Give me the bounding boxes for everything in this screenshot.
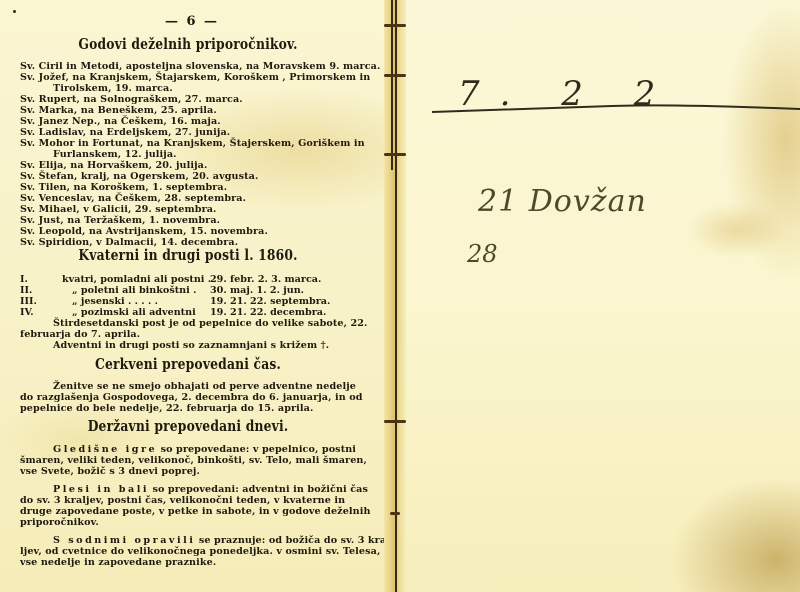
patron-line: Furlanskem, 12. julija. xyxy=(20,149,177,160)
fast-row: II.„ poletni ali binkoštni .30. maj. 1. … xyxy=(20,285,304,296)
fast-note-line: februarja do 7. aprila. xyxy=(20,329,140,340)
binding-stitch xyxy=(390,512,400,515)
binding-stitch xyxy=(384,420,406,423)
heading-fasts: Kvaterni in drugi posti l. 1860. xyxy=(45,247,331,264)
patron-line: Sv. Janez Nep., na Češkem, 16. maja. xyxy=(20,116,221,127)
patron-line: Sv. Just, na Teržaškem, 1. novembra. xyxy=(20,215,220,226)
text-span: so prepovedani: adventni in božični čas xyxy=(149,484,368,495)
fast-description: „ pozimski ali adventni xyxy=(50,307,210,318)
ink-speck xyxy=(13,10,16,13)
patron-line: Sv. Leopold, na Avstrijanskem, 15. novem… xyxy=(20,226,268,237)
fast-note-line: Štirdesetdanski post je od pepelnice do … xyxy=(20,318,368,329)
text-span: so prepovedane: v pepelnico, postni xyxy=(157,444,356,455)
text-line: Gledišne igre so prepovedane: v pepelnic… xyxy=(20,444,356,455)
text-line: do sv. 3 kraljev, postni čas, velikonočn… xyxy=(20,495,345,506)
patron-line: Sv. Mihael, v Galicii, 29. septembra. xyxy=(20,204,216,215)
text-line: druge zapovedane poste, v petke in sabot… xyxy=(20,506,371,517)
binding-thread xyxy=(395,0,397,592)
fast-number: III. xyxy=(20,296,50,307)
book-spread: — 6 — Godovi deželnih priporočnikov. Sv.… xyxy=(0,0,800,592)
fast-number: IV. xyxy=(20,307,50,318)
patron-line: Sv. Venceslav, na Češkem, 28. septembra. xyxy=(20,193,246,204)
text-span: se praznuje: od božiča do sv. 3 kra- xyxy=(195,535,390,546)
text-line: vse nedelje in zapovedane praznike. xyxy=(20,557,216,568)
text-line: priporočnikov. xyxy=(20,517,99,528)
binding-stitch xyxy=(384,153,406,156)
fast-description: „ jesenski . . . . . xyxy=(50,296,210,307)
fast-number: I. xyxy=(20,274,50,285)
binding-stitch xyxy=(384,74,406,77)
lead-term: S sodnimi opravili xyxy=(53,535,195,546)
fast-dates: 29. febr. 2. 3. marca. xyxy=(210,274,321,285)
text-line: Plesi in bali so prepovedani: adventni i… xyxy=(20,484,368,495)
fast-row: III.„ jesenski . . . . .19. 21. 22. sept… xyxy=(20,296,330,307)
patron-line: Sv. Mohor in Fortunat, na Kranjskem, Šta… xyxy=(20,138,365,149)
fast-dates: 19. 21. 22. decembra. xyxy=(210,307,326,318)
patron-line: Sv. Tilen, na Koroškem, 1. septembra. xyxy=(20,182,227,193)
heading-church-forbidden-time: Cerkveni prepovedani čas. xyxy=(45,356,331,373)
text-line: S sodnimi opravili se praznuje: od božič… xyxy=(20,535,390,546)
fast-dates: 19. 21. 22. septembra. xyxy=(210,296,330,307)
binding-stitch xyxy=(384,24,406,27)
page-number: — 6 — xyxy=(0,14,384,29)
fast-description: kvatri, pomladni ali postni . xyxy=(50,274,210,285)
patron-line: Tirolskem, 19. marca. xyxy=(20,83,173,94)
handwritten-name: 21 Dovžan xyxy=(478,184,647,219)
book-binding-gutter xyxy=(384,0,406,592)
text-line: vse Svete, božič s 3 dnevi poprej. xyxy=(20,466,200,477)
fast-number: II. xyxy=(20,285,50,296)
lead-term: Plesi in bali xyxy=(53,484,149,495)
patron-line: Sv. Štefan, kralj, na Ogerskem, 20. avgu… xyxy=(20,171,258,182)
patron-line: Sv. Jožef, na Kranjskem, Štajarskem, Kor… xyxy=(20,72,370,83)
left-page: — 6 — Godovi deželnih priporočnikov. Sv.… xyxy=(0,0,384,592)
fast-row: I.kvatri, pomladni ali postni .29. febr.… xyxy=(20,274,321,285)
patron-line: Sv. Ladislav, na Erdeljskem, 27. junija. xyxy=(20,127,230,138)
handwritten-date: 7. 2 2 xyxy=(458,74,675,114)
heading-patron-saints: Godovi deželnih priporočnikov. xyxy=(45,36,331,53)
handwritten-number: 28 xyxy=(467,240,498,268)
patron-line: Sv. Marka, na Beneškem, 25. aprila. xyxy=(20,105,217,116)
fast-dates: 30. maj. 1. 2. jun. xyxy=(210,285,304,296)
fast-note-line: Adventni in drugi posti so zaznamnjani s… xyxy=(20,340,329,351)
fast-description: „ poletni ali binkoštni . xyxy=(50,285,210,296)
text-line: ljev, od cvetnice do velikonočnega poned… xyxy=(20,546,380,557)
patron-line: Sv. Rupert, na Solnograškem, 27. marca. xyxy=(20,94,243,105)
lead-term: Gledišne igre xyxy=(53,444,157,455)
text-line: Ženitve se ne smejo obhajati od perve ad… xyxy=(20,381,356,392)
fast-row: IV.„ pozimski ali adventni19. 21. 22. de… xyxy=(20,307,326,318)
text-line: šmaren, veliki teden, velikonoč, binkošt… xyxy=(20,455,367,466)
patron-line: Sv. Ciril in Metodi, aposteljna slovensk… xyxy=(20,61,380,72)
heading-state-forbidden-days: Deržavni prepovedani dnevi. xyxy=(45,418,331,435)
patron-line: Sv. Elija, na Horvaškem, 20. julija. xyxy=(20,160,207,171)
text-line: pepelnice do bele nedelje, 22. februarja… xyxy=(20,403,313,414)
text-line: do razglašenja Gospodovega, 2. decembra … xyxy=(20,392,363,403)
